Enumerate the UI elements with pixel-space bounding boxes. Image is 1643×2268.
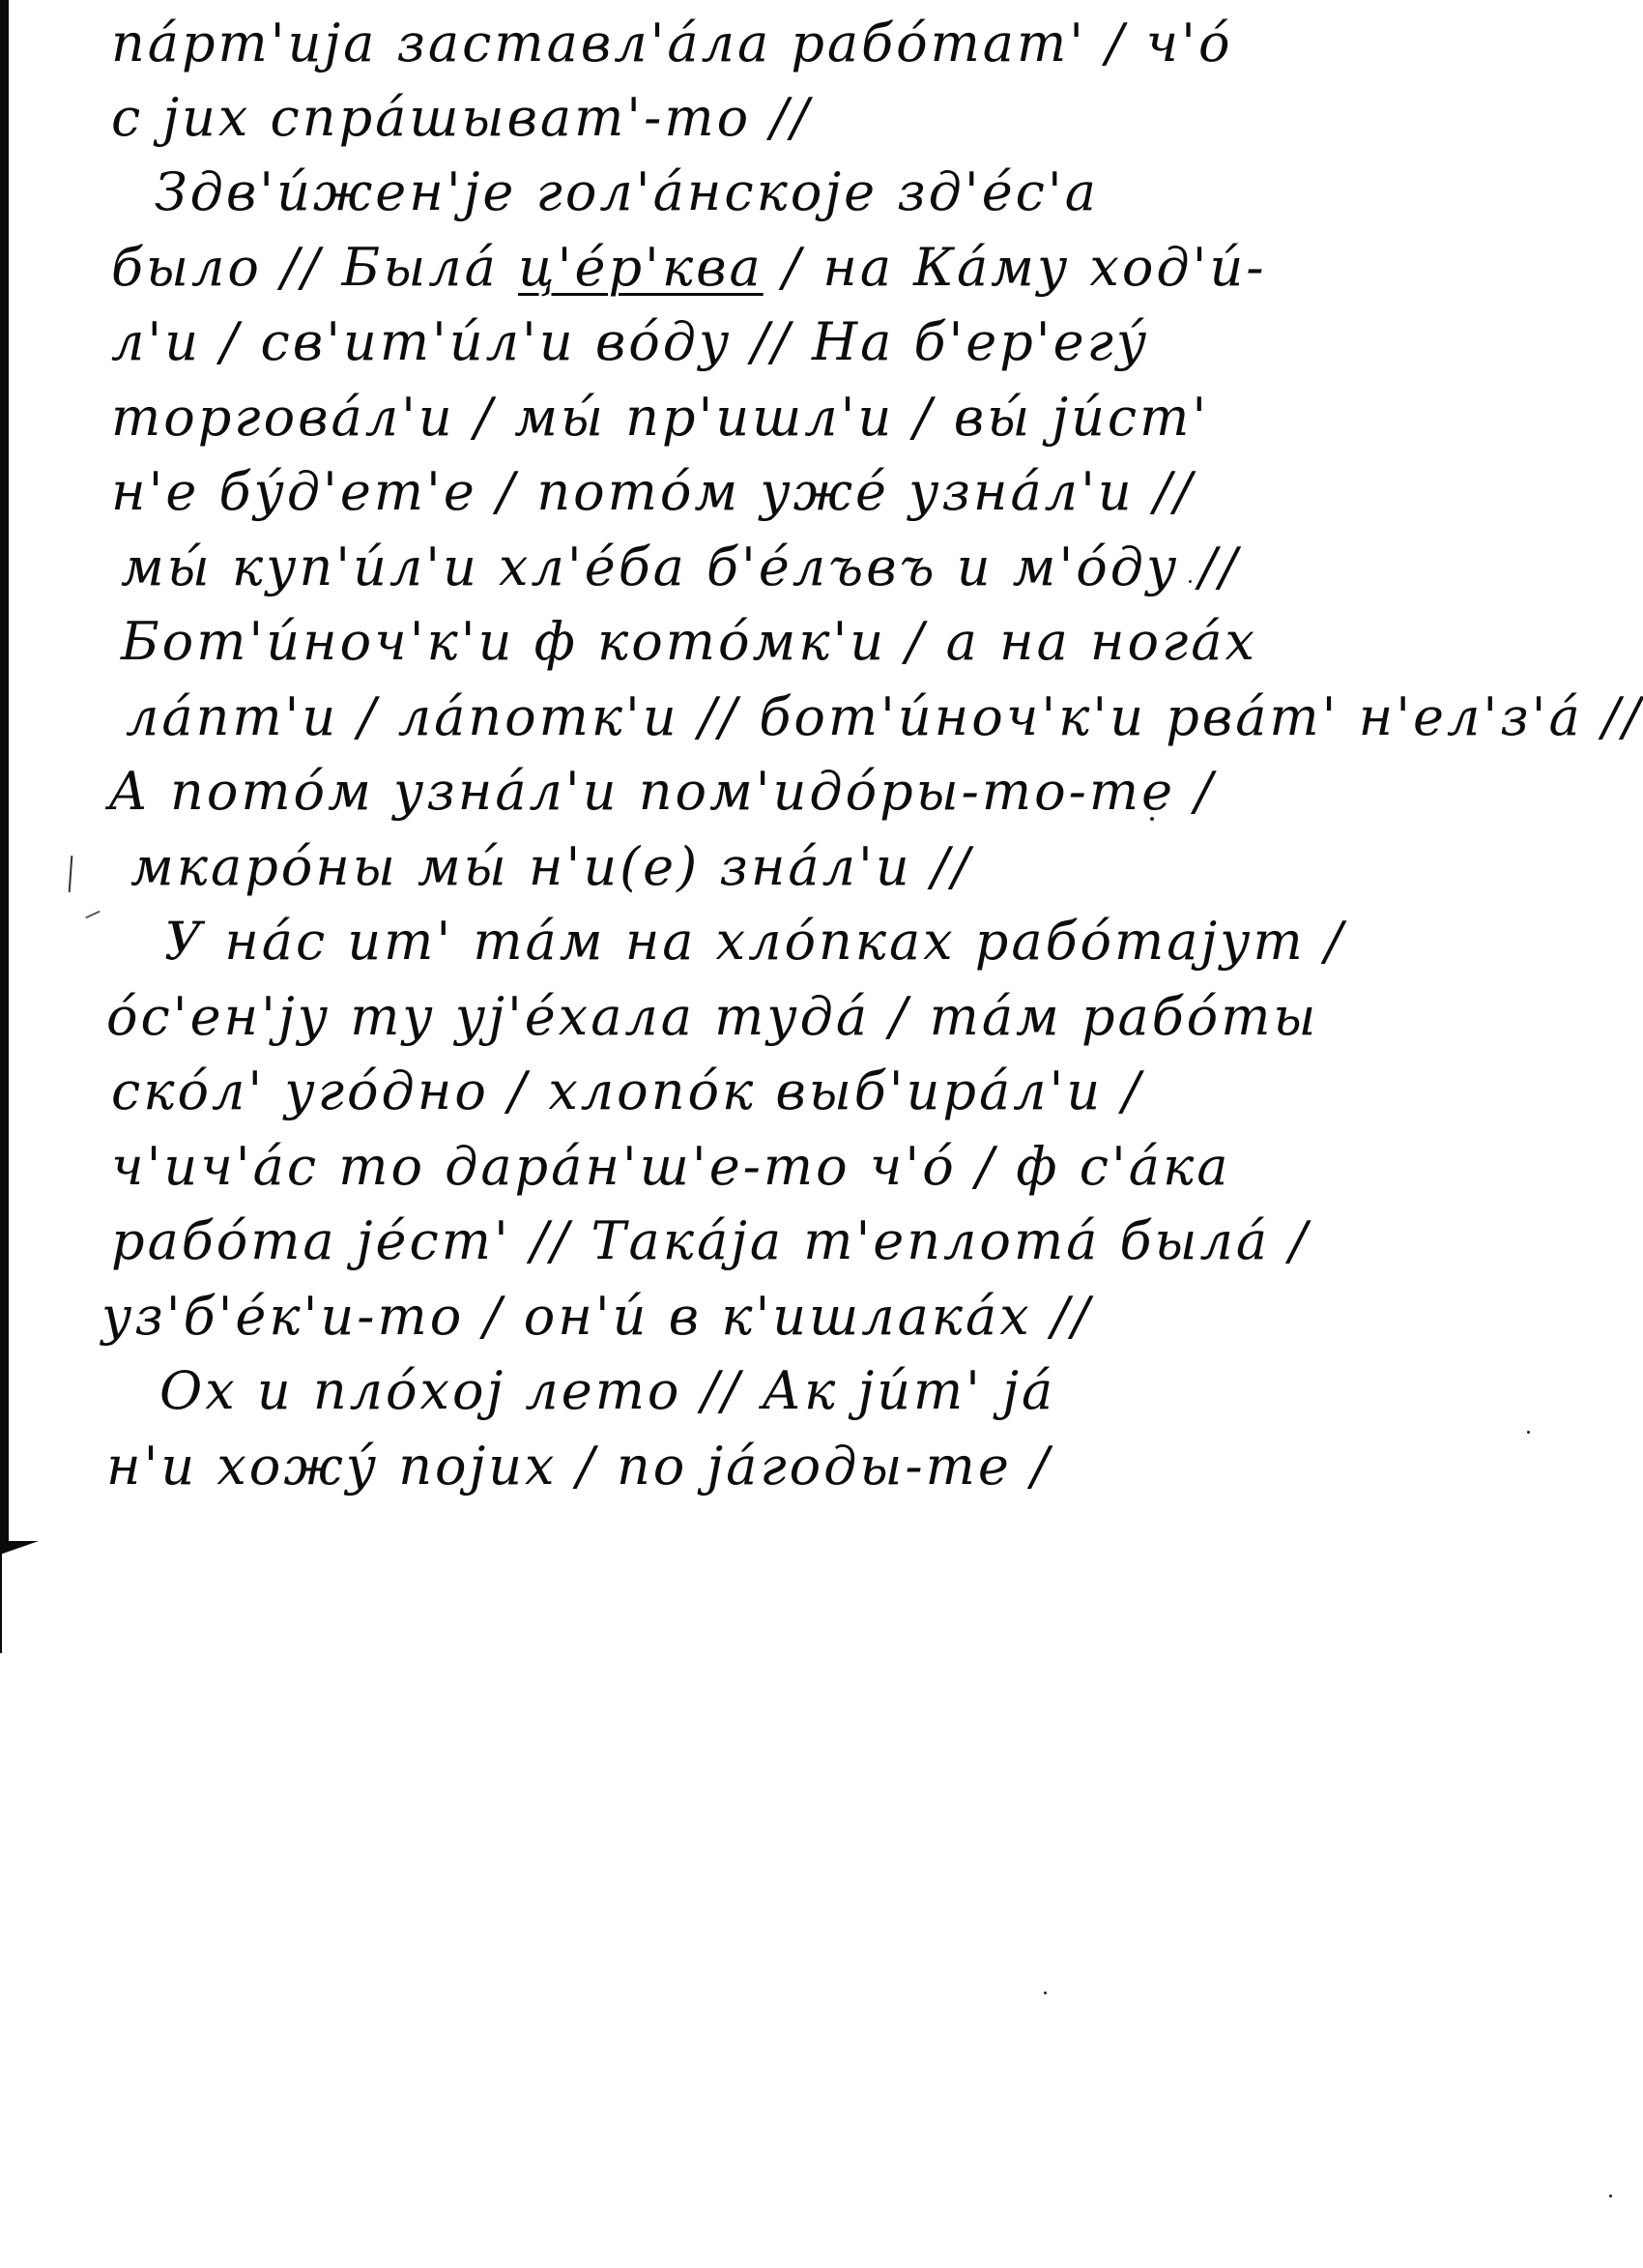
text-line-4-start: было // Была́ bbox=[111, 237, 518, 298]
text-line-13: У на́с ит' та́м на хло́пках рабо́тајут / bbox=[164, 916, 1345, 968]
text-line-19: Ох и пло́хој лето // Ак ји́т' ја́ bbox=[159, 1365, 1055, 1417]
text-line-17: рабо́та је́ст' // Така́ја т'еплота́ была… bbox=[111, 1215, 1310, 1267]
scan-speck bbox=[1044, 1992, 1047, 1994]
text-line-4: было // Была́ ц'е́р'ква / на Ка́му ход'и… bbox=[111, 242, 1267, 294]
text-line-12: мкаро́ны мы́ н'и(е) зна́л'и // bbox=[130, 841, 972, 893]
text-line-16: ч'ич'а́с то дара́н'ш'е-то ч'о́ / ф с'а́к… bbox=[111, 1141, 1230, 1193]
text-line-1: па́рт'ија заставл'а́ла рабо́тат' / ч'о́ bbox=[111, 17, 1233, 70]
binding-edge bbox=[0, 0, 9, 1547]
text-line-14: о́с'ен'ју ту уј'е́хала туда́ / та́м рабо… bbox=[106, 991, 1318, 1043]
text-line-20: н'и хожу́ појих / по ја́годы-те / bbox=[106, 1440, 1052, 1493]
scan-speck bbox=[1527, 1431, 1530, 1434]
margin-pencil-mark bbox=[85, 911, 100, 919]
text-line-6: торгова́л'и / мы́ пр'ишл'и / вы́ ји́ст' bbox=[111, 392, 1209, 444]
underlined-word: ц'е́р'ква bbox=[518, 237, 764, 298]
text-line-7: н'е бу́д'ет'е / пото́м уже́ узна́л'и // bbox=[111, 466, 1195, 518]
scanned-page: па́рт'ија заставл'а́ла рабо́тат' / ч'о́ … bbox=[0, 0, 1643, 2268]
text-line-4-end: / на Ка́му ход'и́- bbox=[764, 237, 1267, 298]
binding-edge-tail bbox=[0, 1547, 2, 1653]
text-line-11: А пото́м узна́л'и пом'идо́ры-то-те / bbox=[108, 766, 1215, 818]
margin-pencil-mark bbox=[69, 856, 73, 892]
scan-speck bbox=[1150, 817, 1154, 821]
text-line-5: л'и / св'ит'и́л'и во́ду // На б'ер'егу́ bbox=[111, 316, 1149, 368]
scan-speck bbox=[1189, 580, 1192, 583]
scan-speck bbox=[1609, 2195, 1612, 2197]
text-line-3: Здв'и́жен'је гол'а́нскоје зд'е́с'а bbox=[155, 166, 1099, 218]
text-line-9: Бот'и́ноч'к'и ф кото́мк'и / а на нога́х bbox=[121, 616, 1257, 668]
text-line-10: ла́пт'и / ла́потк'и // бот'и́ноч'к'и рва… bbox=[126, 691, 1643, 743]
text-line-2: с јих спра́шыват'-то // bbox=[111, 92, 812, 144]
text-line-15: ско́л' уго́дно / хлопо́к выб'ира́л'и / bbox=[111, 1065, 1143, 1118]
text-line-8: мы́ куп'и́л'и хл'е́ба б'е́лъвъ и м'о́ду … bbox=[121, 541, 1240, 594]
text-line-18: уз'б'е́к'и-то / он'и́ в к'ишлака́х // bbox=[101, 1291, 1092, 1343]
